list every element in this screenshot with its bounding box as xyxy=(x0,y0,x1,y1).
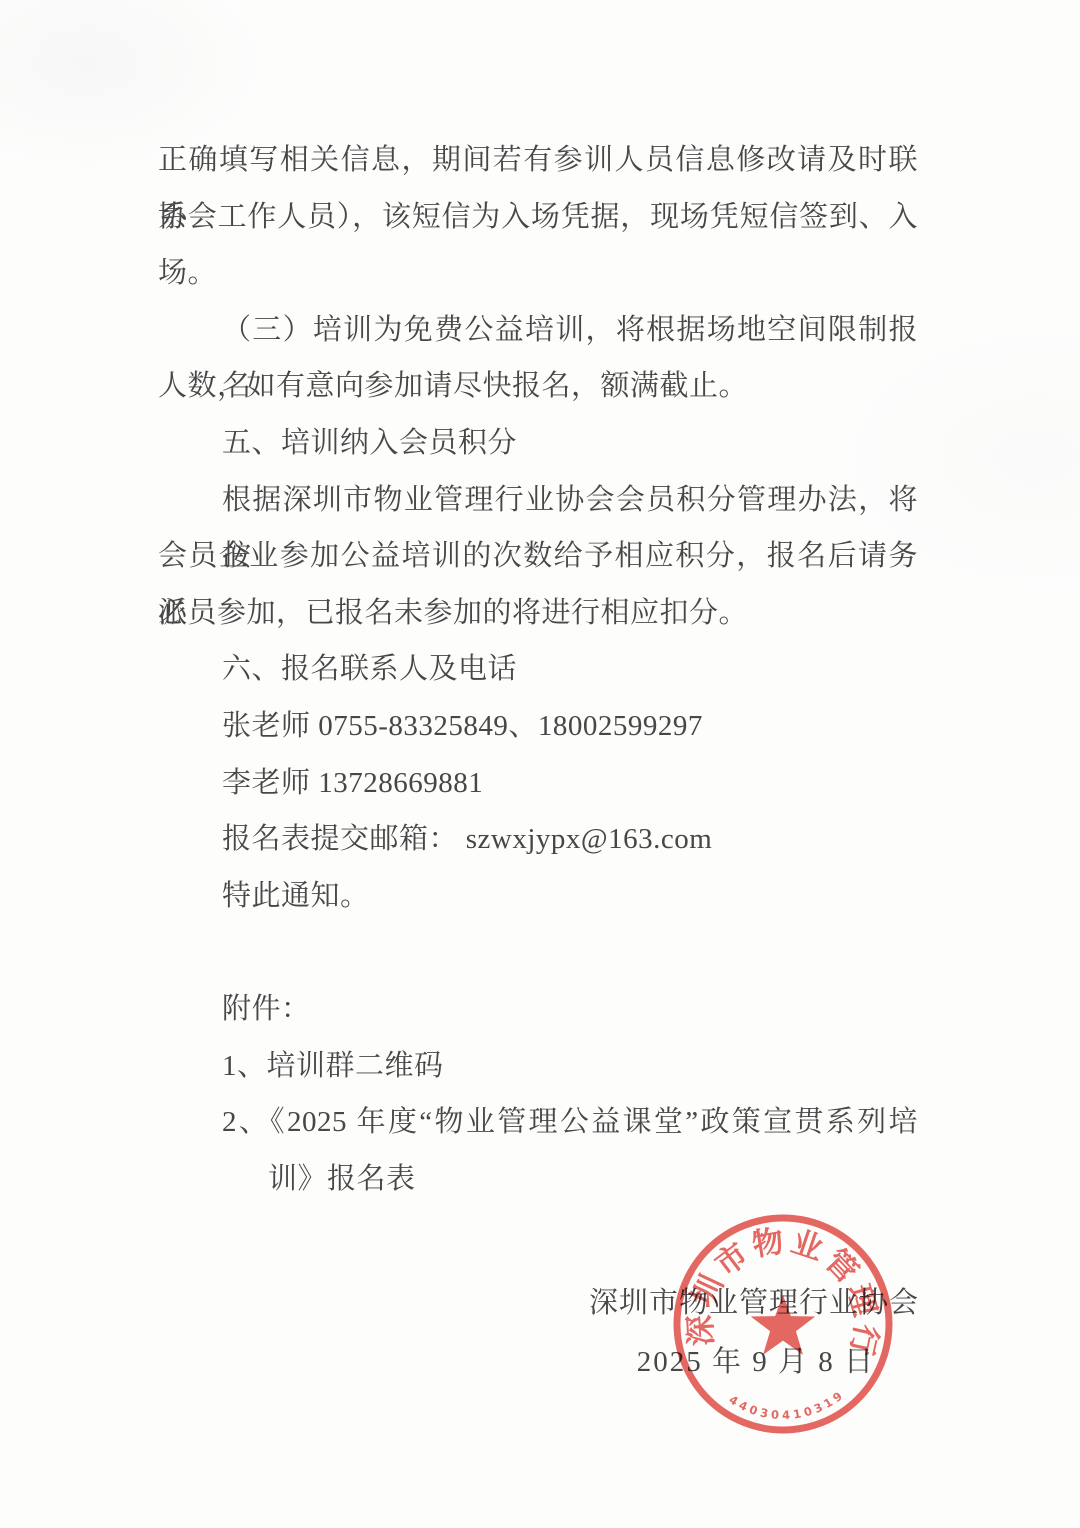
doc-line: 特此通知。 xyxy=(158,868,918,925)
doc-line: 正确填写相关信息，期间若有参训人员信息修改请及时联系 xyxy=(158,132,918,189)
attachment-item-1: 1、培训群二维码 xyxy=(158,1038,918,1095)
attachment-item-2-cont: 训》报名表 xyxy=(158,1151,918,1208)
doc-heading-section-6: 六、报名联系人及电话 xyxy=(158,641,918,698)
doc-line: 根据深圳市物业管理行业协会会员积分管理办法，将按 xyxy=(158,472,918,529)
doc-line: 场。 xyxy=(158,245,918,302)
email-line: 报名表提交邮箱： szwxjypx@163.com xyxy=(158,811,918,868)
doc-line: 会员企业参加公益培训的次数给予相应积分，报名后请务必 xyxy=(158,528,918,585)
contact-line-1: 张老师 0755-83325849、18002599297 xyxy=(158,698,918,755)
attachment-item-2: 2、《2025 年度“物业管理公益课堂”政策宣贯系列培 xyxy=(158,1094,918,1151)
scanned-notice-page: 正确填写相关信息，期间若有参训人员信息修改请及时联系 协会工作人员），该短信为入… xyxy=(0,0,1080,1528)
doc-heading-section-5: 五、培训纳入会员积分 xyxy=(158,415,918,472)
blank-line xyxy=(158,924,918,981)
seal-star-icon xyxy=(751,1295,816,1355)
doc-line: 人数，如有意向参加请尽快报名，额满截止。 xyxy=(158,358,918,415)
contact-line-2: 李老师 13728669881 xyxy=(158,755,918,812)
doc-line: 协会工作人员），该短信为入场凭据，现场凭短信签到、入 xyxy=(158,189,918,246)
doc-line: 派员参加，已报名未参加的将进行相应扣分。 xyxy=(158,585,918,642)
official-seal: 深圳市物业管理行业协会 4403041031968 xyxy=(668,1209,898,1439)
attachments-heading: 附件： xyxy=(158,981,918,1038)
doc-line: （三）培训为免费公益培训，将根据场地空间限制报名 xyxy=(158,302,918,359)
document-body: 正确填写相关信息，期间若有参训人员信息修改请及时联系 协会工作人员），该短信为入… xyxy=(158,132,918,1207)
